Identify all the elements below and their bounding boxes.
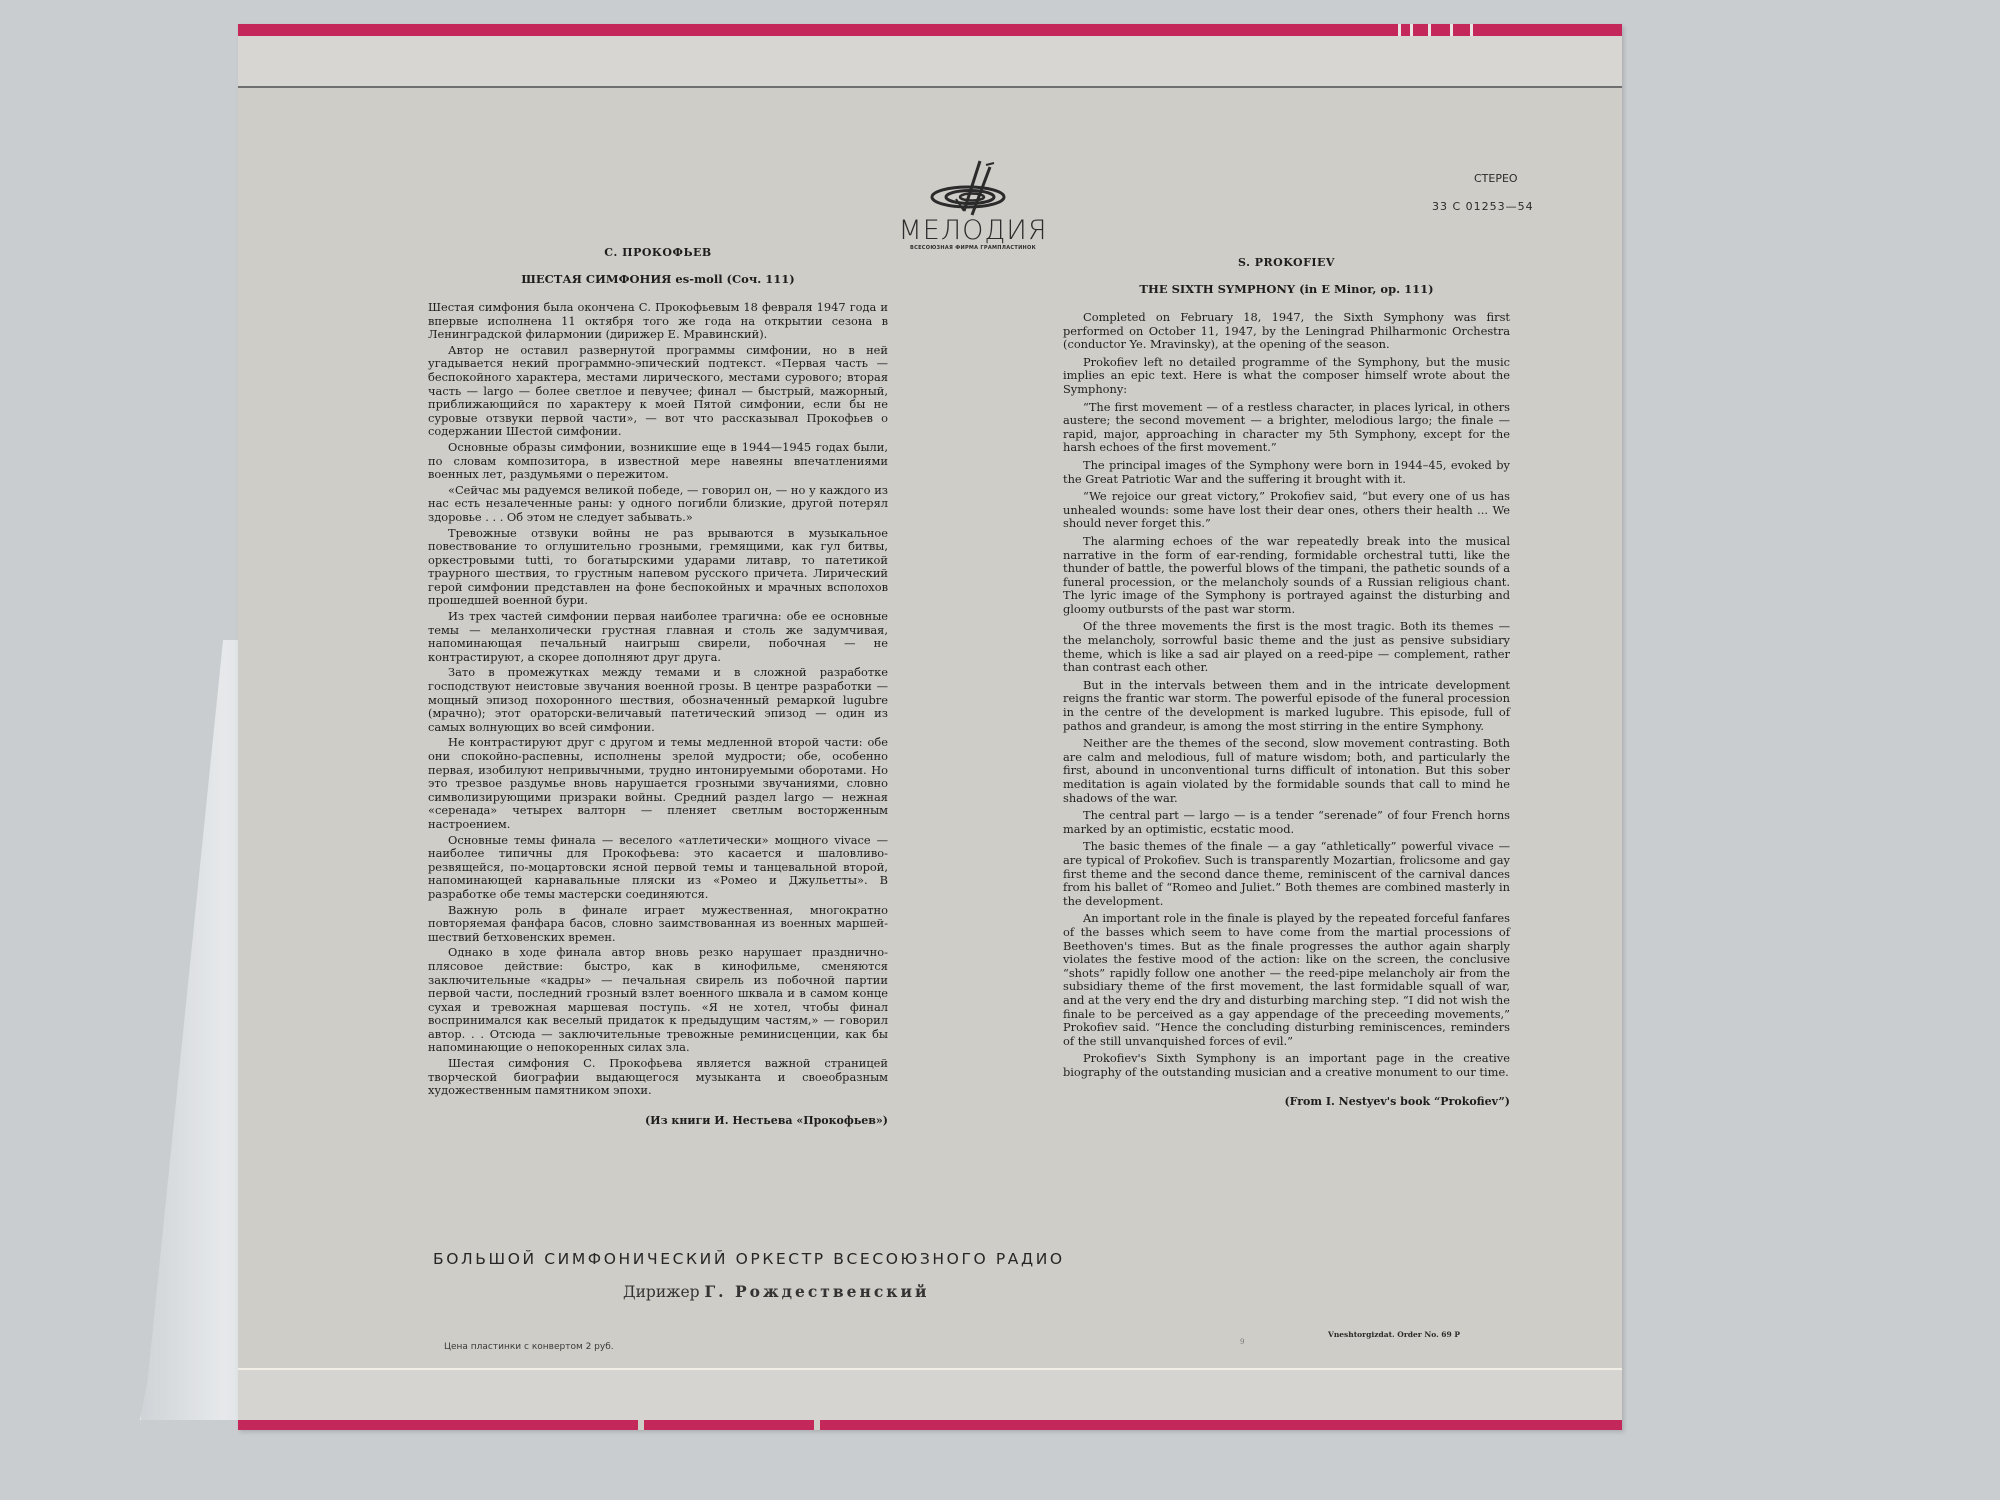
top-flap [238,24,1622,88]
paragraph: “We rejoice our great victory,” Prokofie… [1063,490,1510,531]
paragraph: The principal images of the Symphony wer… [1063,459,1510,486]
page-mark: 9 [1240,1338,1244,1346]
flap-notch [1450,24,1453,36]
paragraph: Зато в промежутках между темами и в слож… [428,666,888,734]
flap-notch [1428,24,1431,36]
paragraph: The central part — largo — is a tender “… [1063,809,1510,836]
paragraph: The basic themes of the finale — a gay “… [1063,840,1510,908]
paragraph: «Сейчас мы радуемся великой победе, — го… [428,484,888,525]
title-en: THE SIXTH SYMPHONY (in E Minor, op. 111) [1063,282,1510,296]
melodiya-logo: МЕЛОДИЯ ВСЕСОЮЗНАЯ ФИРМА ГРАМПЛАСТИНОК [898,159,1048,251]
conductor-name: Г. Рождественский [704,1282,929,1301]
paragraph: Не контрастируют друг с другом и темы ме… [428,736,888,831]
brand-subtitle: ВСЕСОЮЗНАЯ ФИРМА ГРАМПЛАСТИНОК [898,245,1048,251]
format-label: СТЕРЕО [1474,172,1518,185]
paragraph: Основные образы симфонии, возникшие еще … [428,441,888,482]
paragraph: Тревожные отзвуки войны не раз врываются… [428,527,888,609]
record-jacket-back: МЕЛОДИЯ ВСЕСОЮЗНАЯ ФИРМА ГРАМПЛАСТИНОК С… [238,24,1622,1430]
flap-gap [814,1420,820,1430]
paragraph: Шестая симфония была окончена С. Прокофь… [428,301,888,342]
notes-body-en: Completed on February 18, 1947, the Sixt… [1063,311,1510,1079]
bottom-flap [238,1368,1622,1430]
orchestra-credit: БОЛЬШОЙ СИМФОНИЧЕСКИЙ ОРКЕСТР ВСЕСОЮЗНОГ… [433,1250,1065,1268]
conductor-label: Дирижер [623,1283,700,1301]
flap-gap [638,1420,644,1430]
author-ru: С. ПРОКОФЬЕВ [428,246,888,259]
paragraph: “The first movement — of a restless char… [1063,401,1510,455]
flap-notch [1470,24,1473,36]
flap-notch [1398,24,1401,36]
brand-name: МЕЛОДИЯ [898,217,1048,245]
author-en: S. PROKOFIEV [1063,256,1510,269]
paragraph: The alarming echoes of the war repeatedl… [1063,535,1510,617]
paragraph: Prokofiev left no detailed programme of … [1063,356,1510,397]
paragraph: But in the intervals between them and in… [1063,679,1510,733]
source-ru: (Из книги И. Нестьева «Прокофьев») [428,1114,888,1127]
paragraph: Completed on February 18, 1947, the Sixt… [1063,311,1510,352]
source-en: (From I. Nestyev's book “Prokofiev”) [1063,1095,1510,1108]
paragraph: Шестая симфония С. Прокофьева является в… [428,1057,888,1098]
paragraph: Prokofiev's Sixth Symphony is an importa… [1063,1052,1510,1079]
paragraph: Of the three movements the first is the … [1063,620,1510,674]
price-note: Цена пластинки с конвертом 2 руб. [444,1342,614,1352]
russian-notes: С. ПРОКОФЬЕВ ШЕСТАЯ СИМФОНИЯ es-moll (Со… [428,246,888,1127]
flap-notch [1410,24,1413,36]
paragraph: Важную роль в финале играет мужественная… [428,904,888,945]
melodiya-emblem-icon [928,159,1018,217]
paragraph: Neither are the themes of the second, sl… [1063,737,1510,805]
title-ru: ШЕСТАЯ СИМФОНИЯ es-moll (Соч. 111) [428,272,888,286]
catalog-number: 33 С 01253—54 [1432,200,1534,213]
paragraph: Однако в ходе финала автор вновь резко н… [428,946,888,1055]
notes-body-ru: Шестая симфония была окончена С. Прокофь… [428,301,888,1098]
printer-order: Vneshtorgizdat. Order No. 69 P [1328,1330,1460,1339]
paragraph: An important role in the finale is playe… [1063,912,1510,1048]
english-notes: S. PROKOFIEV THE SIXTH SYMPHONY (in E Mi… [1063,256,1510,1108]
paragraph: Из трех частей симфонии первая наиболее … [428,610,888,664]
paragraph: Автор не оставил развернутой программы с… [428,344,888,439]
paragraph: Основные темы финала — веселого «атлетич… [428,834,888,902]
conductor-credit: Дирижер Г. Рождественский [623,1282,929,1301]
